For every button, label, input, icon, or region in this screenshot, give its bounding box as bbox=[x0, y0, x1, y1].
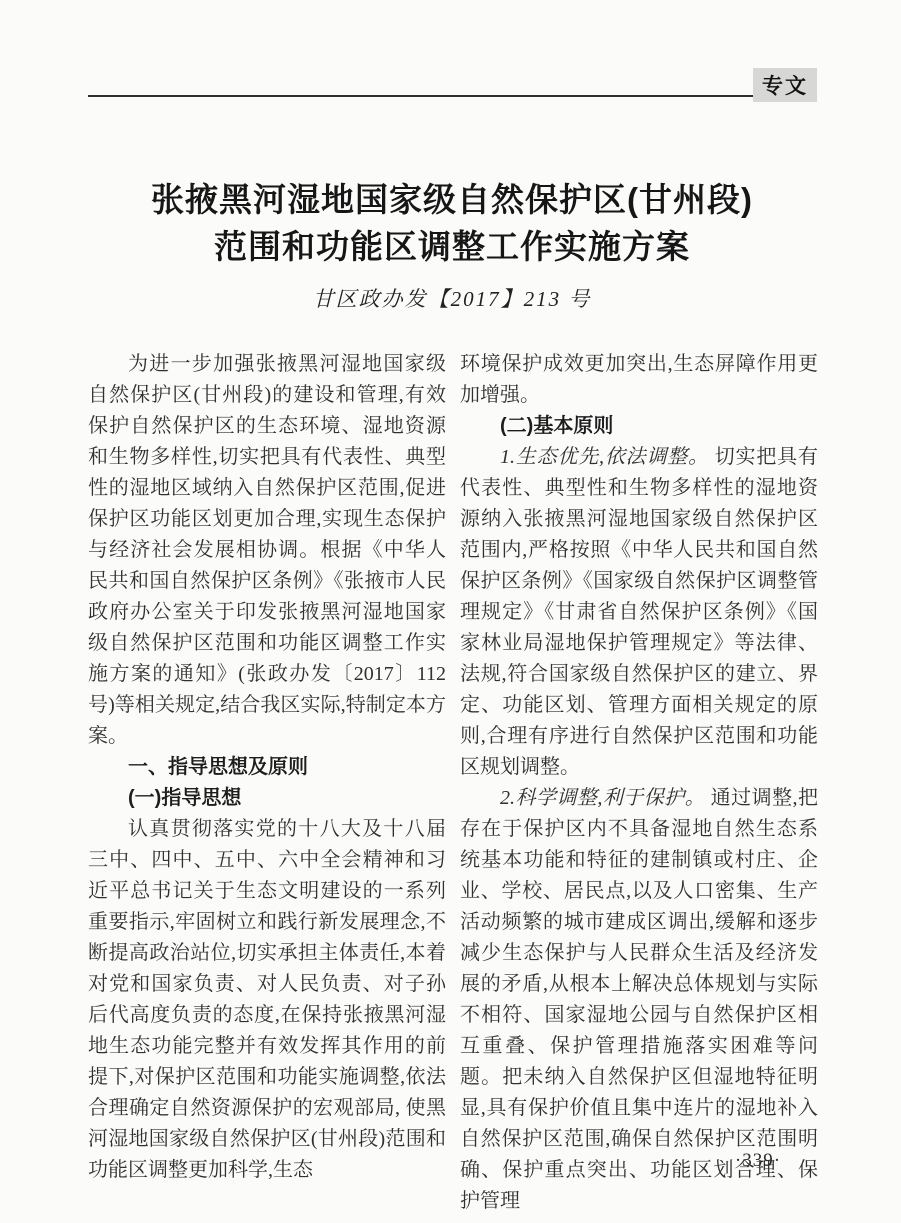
document-title-line2: 范围和功能区调整工作实施方案 bbox=[88, 223, 816, 270]
section-tag-label: 专文 bbox=[762, 70, 808, 100]
paragraph-continuation: 环境保护成效更加突出,生态屏障作用更加增强。 bbox=[460, 349, 818, 411]
principle-1-text: 切实把具有代表性、典型性和生物多样性的湿地资源纳入张掖黑河湿地国家级自然保护区范… bbox=[460, 446, 818, 778]
principle-2-lead: 2.科学调整,利于保护。 bbox=[500, 787, 705, 809]
document-title: 张掖黑河湿地国家级自然保护区(甘州段) 范围和功能区调整工作实施方案 bbox=[88, 176, 816, 270]
document-page: 专文 张掖黑河湿地国家级自然保护区(甘州段) 范围和功能区调整工作实施方案 甘区… bbox=[0, 0, 901, 1223]
document-number: 甘区政办发【2017】213 号 bbox=[88, 283, 816, 313]
heading-guiding-ideology-and-principles: 一、指导思想及原则 bbox=[88, 752, 446, 783]
header-rule bbox=[88, 95, 754, 97]
body-columns: 为进一步加强张掖黑河湿地国家级自然保护区(甘州段)的建设和管理,有效保护自然保护… bbox=[88, 349, 818, 1217]
principle-2-text: 通过调整,把存在于保护区内不具备湿地自然生态系统基本功能和特征的建制镇或村庄、企… bbox=[460, 787, 818, 1212]
principle-1-lead: 1.生态优先,依法调整。 bbox=[500, 446, 709, 468]
page-number: ·339· bbox=[700, 1150, 816, 1172]
paragraph-guiding-ideology: 认真贯彻落实党的十八大及十八届三中、四中、五中、六中全会精神和习近平总书记关于生… bbox=[88, 814, 446, 1186]
paragraph-intro: 为进一步加强张掖黑河湿地国家级自然保护区(甘州段)的建设和管理,有效保护自然保护… bbox=[88, 349, 446, 752]
document-title-line1: 张掖黑河湿地国家级自然保护区(甘州段) bbox=[88, 176, 816, 223]
paragraph-principle-1: 1.生态优先,依法调整。 切实把具有代表性、典型性和生物多样性的湿地资源纳入张掖… bbox=[460, 442, 818, 783]
heading-guiding-ideology: (一)指导思想 bbox=[88, 783, 446, 814]
heading-basic-principles: (二)基本原则 bbox=[460, 411, 818, 442]
section-tag-badge: 专文 bbox=[753, 68, 817, 102]
left-column: 为进一步加强张掖黑河湿地国家级自然保护区(甘州段)的建设和管理,有效保护自然保护… bbox=[88, 349, 446, 1217]
right-column: 环境保护成效更加突出,生态屏障作用更加增强。 (二)基本原则 1.生态优先,依法… bbox=[460, 349, 818, 1217]
